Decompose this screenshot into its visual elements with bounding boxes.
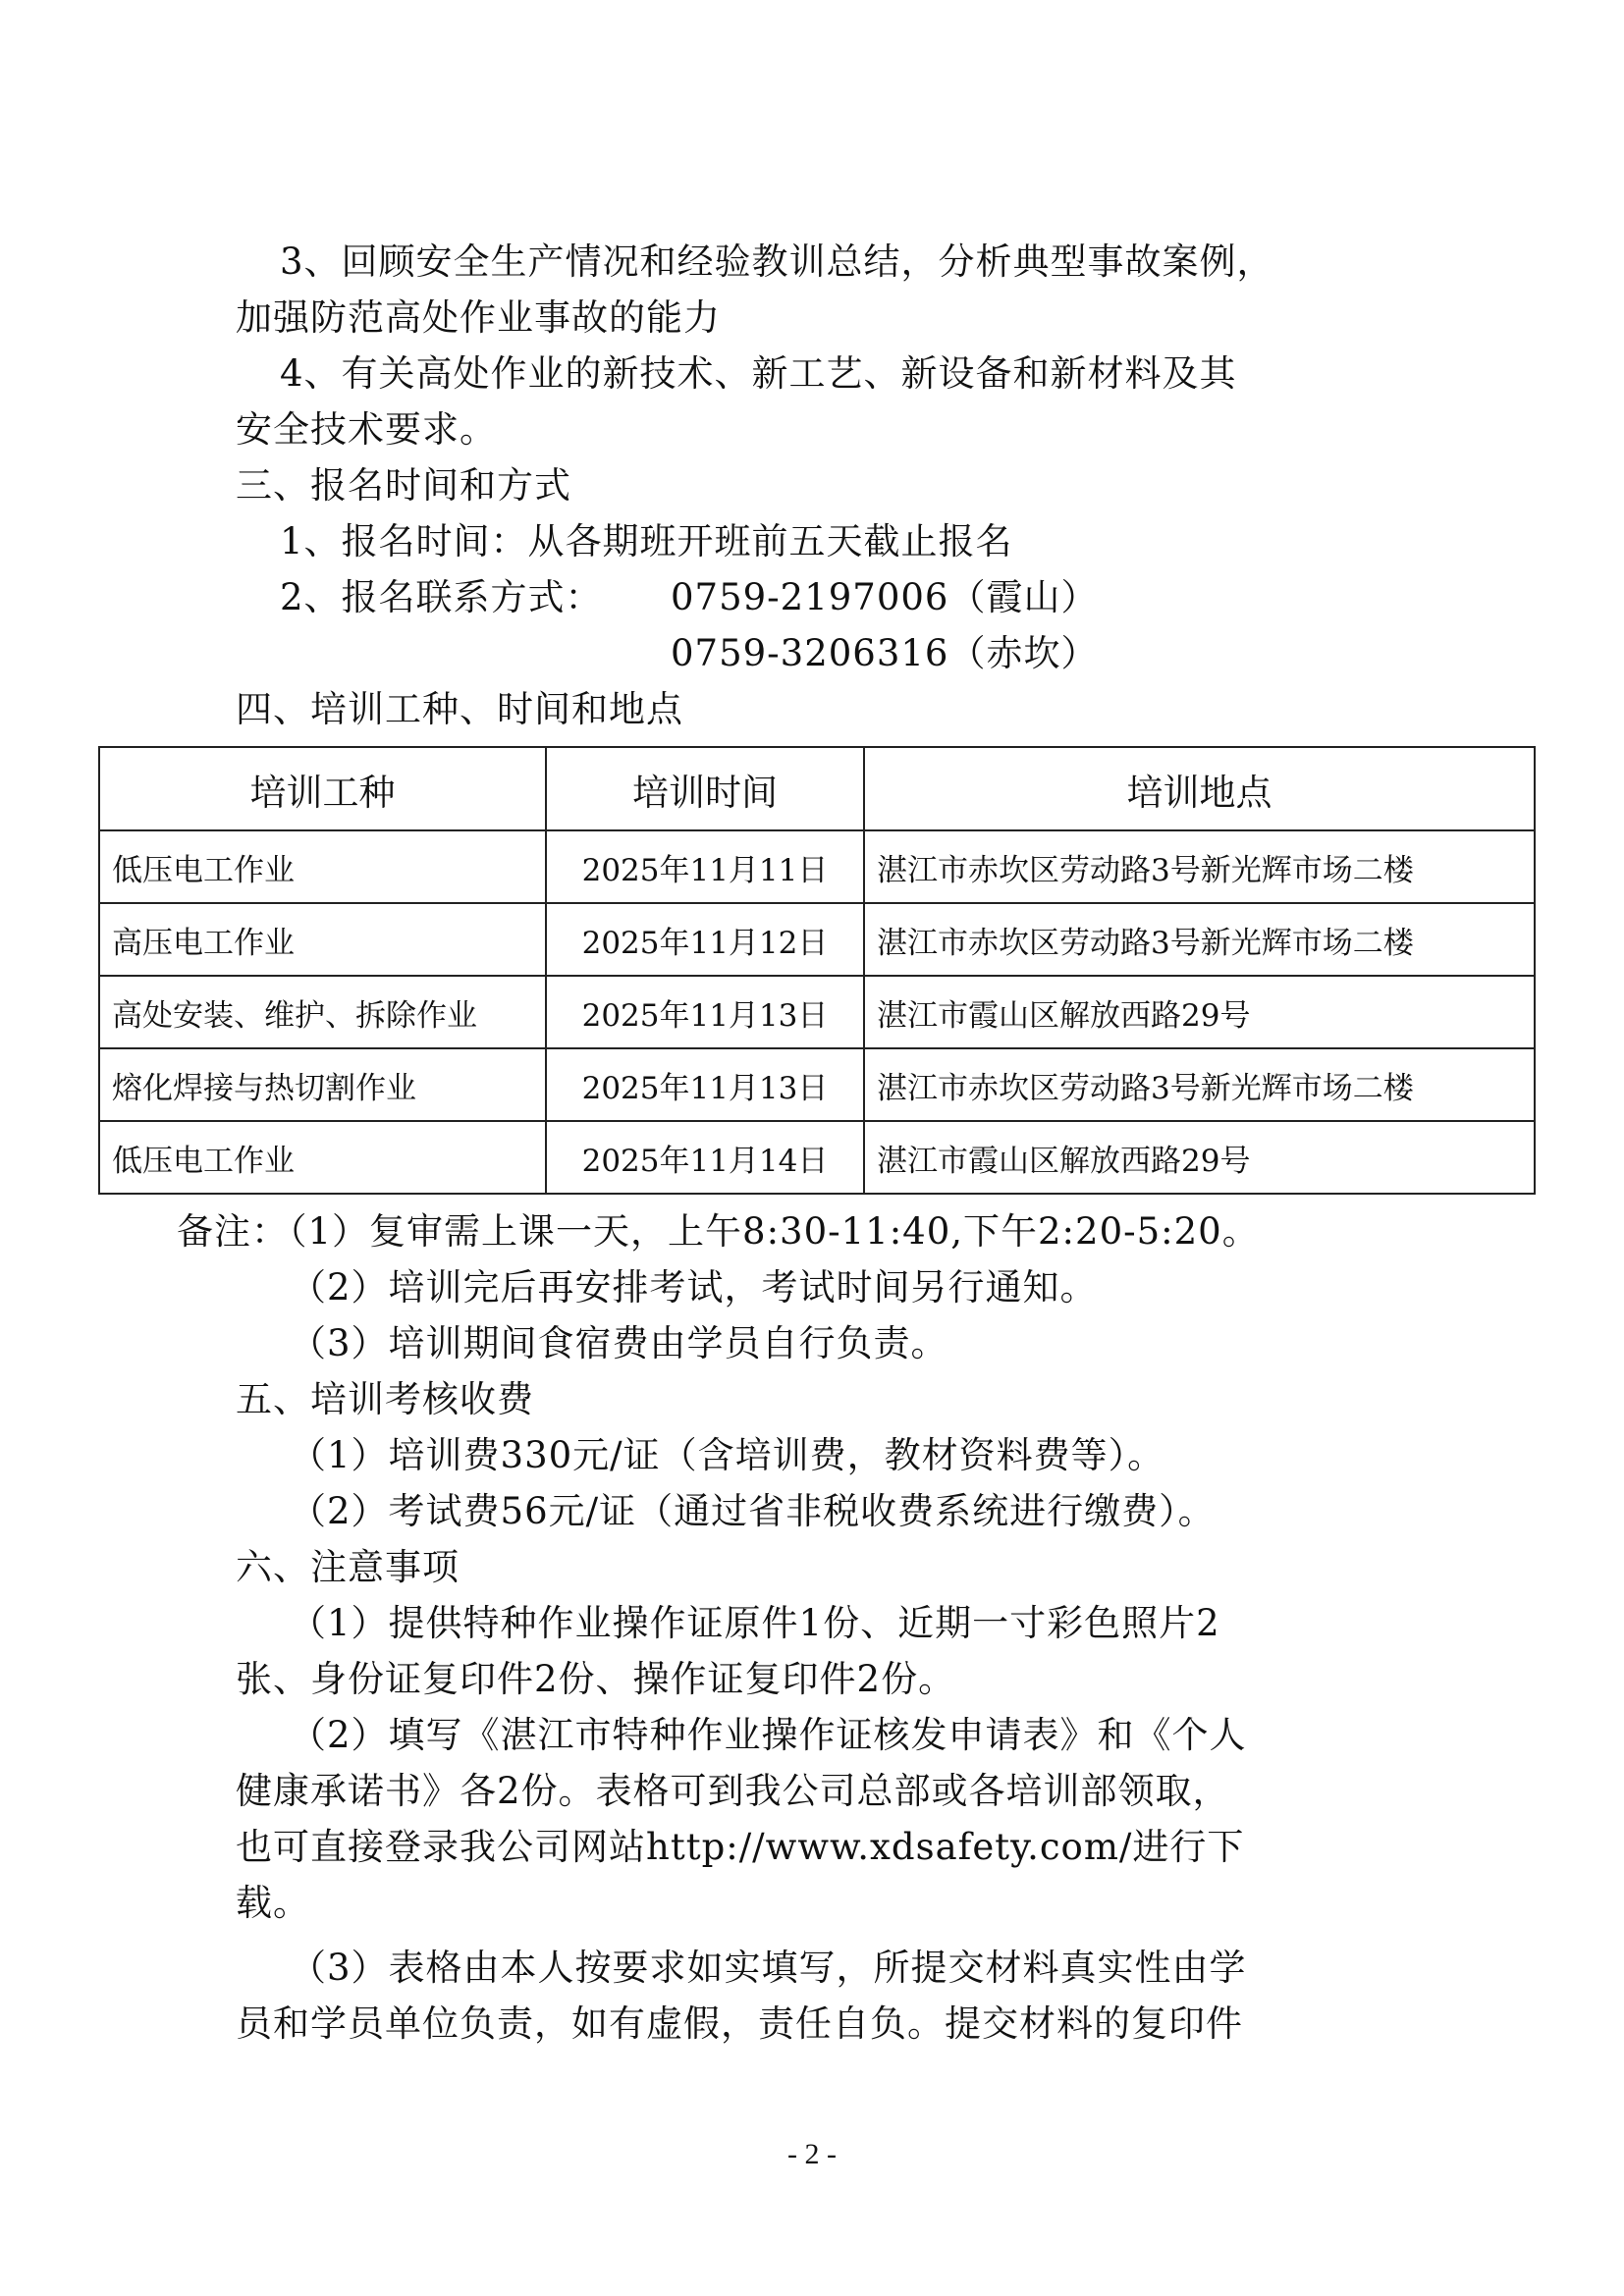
note-1: 备注：（1）复审需上课一天，上午8:30-11:40,下午2:20-5:20。 [177,1207,1260,1256]
section-six-heading: 六、注意事项 [236,1543,460,1592]
cell-date: 2025年11月11日 [546,830,864,903]
cell-date: 2025年11月14日 [546,1121,864,1194]
notice-1-line-1: （1）提供特种作业操作证原件1份、近期一寸彩色照片2 [290,1599,1220,1648]
phone-xiashan: 0759-2197006（霞山） [671,573,1098,622]
table-header-row: 培训工种 培训时间 培训地点 [99,747,1535,830]
cell-location: 湛江市霞山区解放西路29号 [864,976,1535,1048]
note-3: （3）培训期间食宿费由学员自行负责。 [290,1319,948,1368]
registration-contact-label: 2、报名联系方式： [280,573,603,622]
section-four-heading: 四、培训工种、时间和地点 [236,685,683,734]
cell-date: 2025年11月13日 [546,1048,864,1121]
notice-1-line-2: 张、身份证复印件2份、操作证复印件2份。 [236,1655,955,1704]
notice-2-line-3-website[interactable]: 也可直接登录我公司网站http://www.xdsafety.com/进行下 [236,1823,1244,1872]
fee-exam: （2）考试费56元/证（通过省非税收费系统进行缴费）。 [290,1487,1216,1536]
registration-time: 1、报名时间：从各期班开班前五天截止报名 [280,517,1013,566]
table-row: 低压电工作业 2025年11月11日 湛江市赤坎区劳动路3号新光辉市场二楼 [99,830,1535,903]
section-five-heading: 五、培训考核收费 [236,1375,534,1424]
section-three-heading: 三、报名时间和方式 [236,461,571,510]
cell-location: 湛江市赤坎区劳动路3号新光辉市场二楼 [864,1048,1535,1121]
note-2: （2）培训完后再安排考试，考试时间另行通知。 [290,1263,1098,1312]
notice-2-line-2: 健康承诺书》各2份。表格可到我公司总部或各培训部领取， [236,1767,1230,1816]
cell-type: 高压电工作业 [99,903,546,976]
cell-location: 湛江市赤坎区劳动路3号新光辉市场二楼 [864,903,1535,976]
notice-2-line-4: 载。 [236,1879,310,1928]
header-training-type: 培训工种 [99,747,546,830]
cell-date: 2025年11月13日 [546,976,864,1048]
training-schedule-table: 培训工种 培训时间 培训地点 低压电工作业 2025年11月11日 湛江市赤坎区… [98,746,1536,1195]
header-training-date: 培训时间 [546,747,864,830]
notice-2-line-1: （2）填写《湛江市特种作业操作证核发申请表》和《个人 [290,1711,1247,1760]
phone-chikan: 0759-3206316（赤坎） [671,629,1098,678]
item-3-line-2: 加强防范高处作业事故的能力 [236,294,721,343]
fee-training: （1）培训费330元/证（含培训费，教材资料费等）。 [290,1431,1164,1480]
item-4-line-2: 安全技术要求。 [236,405,497,454]
notice-3-line-1: （3）表格由本人按要求如实填写，所提交材料真实性由学 [290,1944,1247,1993]
cell-type: 高处安装、维护、拆除作业 [99,976,546,1048]
cell-date: 2025年11月12日 [546,903,864,976]
table-row: 高处安装、维护、拆除作业 2025年11月13日 湛江市霞山区解放西路29号 [99,976,1535,1048]
cell-location: 湛江市霞山区解放西路29号 [864,1121,1535,1194]
item-4-line-1: 4、有关高处作业的新技术、新工艺、新设备和新材料及其 [280,349,1237,399]
table-row: 熔化焊接与热切割作业 2025年11月13日 湛江市赤坎区劳动路3号新光辉市场二… [99,1048,1535,1121]
cell-type: 熔化焊接与热切割作业 [99,1048,546,1121]
header-training-location: 培训地点 [864,747,1535,830]
cell-type: 低压电工作业 [99,830,546,903]
item-3-line-1: 3、回顾安全生产情况和经验教训总结，分析典型事故案例， [280,238,1274,287]
notice-3-line-2: 员和学员单位负责，如有虚假，责任自负。提交材料的复印件 [236,2000,1243,2049]
page-number: - 2 - [0,2138,1624,2171]
table-row: 低压电工作业 2025年11月14日 湛江市霞山区解放西路29号 [99,1121,1535,1194]
cell-type: 低压电工作业 [99,1121,546,1194]
cell-location: 湛江市赤坎区劳动路3号新光辉市场二楼 [864,830,1535,903]
table-row: 高压电工作业 2025年11月12日 湛江市赤坎区劳动路3号新光辉市场二楼 [99,903,1535,976]
